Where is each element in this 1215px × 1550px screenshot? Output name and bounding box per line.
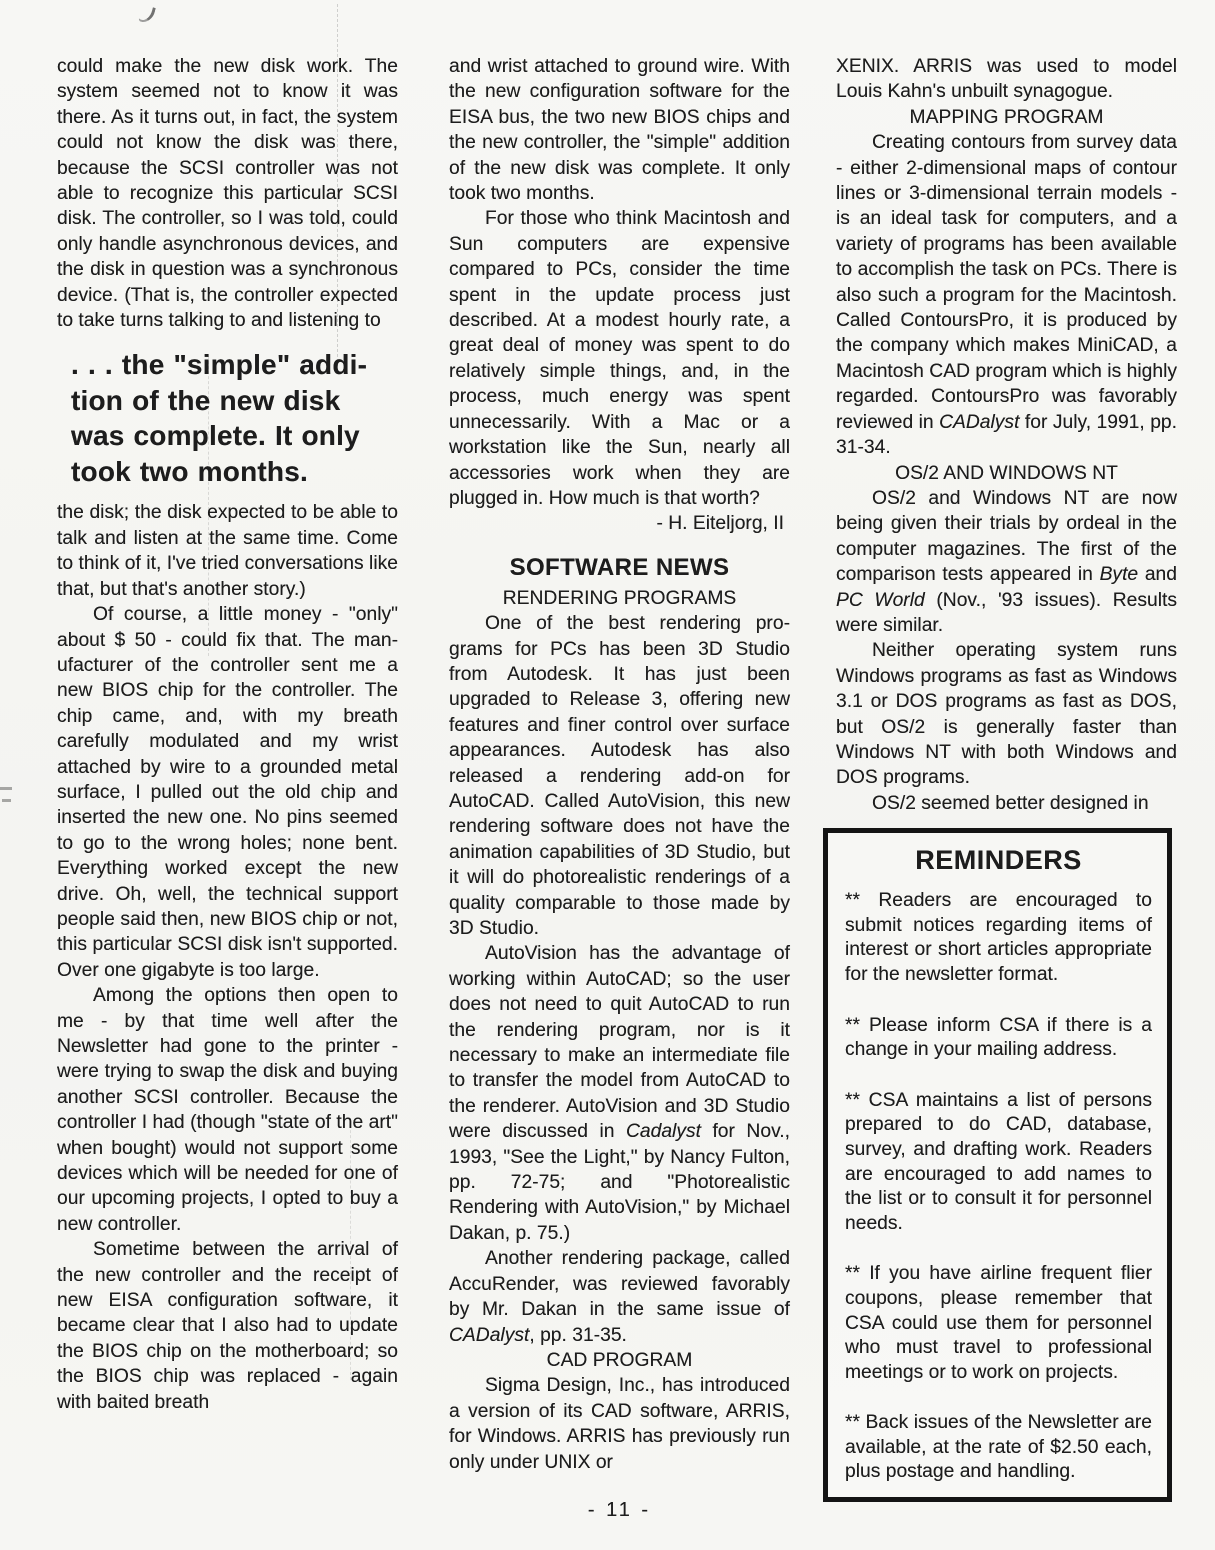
paragraph-segment: Creating contours from survey data - eit… [836, 132, 1177, 432]
page-number: - 11 - [449, 1499, 790, 1522]
paragraph: the disk; the disk expected to be able t… [57, 500, 398, 602]
paragraph: One of the best rendering pro­grams for … [449, 611, 790, 941]
paragraph: could make the new disk work. The system… [57, 54, 398, 333]
column-2: and wrist attached to ground wire. With … [449, 54, 790, 1475]
paragraph-segment: AutoVision has the advantage of working … [449, 943, 790, 1142]
paragraph: AutoVision has the advantage of working … [449, 941, 790, 1246]
paragraph: Of course, a little money - "only" about… [57, 602, 398, 983]
paragraph-segment: Another rendering package, called AccuRe… [449, 1248, 790, 1320]
subheading-os2-windows-nt: OS/2 AND WINDOWS NT [836, 461, 1177, 486]
paragraph: and wrist attached to ground wire. With … [449, 54, 790, 206]
magazine-title: PC World [836, 590, 925, 611]
paragraph: Sigma Design, Inc., has intro­duced a ve… [449, 1373, 790, 1475]
scan-artifact [0, 787, 12, 790]
magazine-title: CADalyst [939, 412, 1019, 433]
pull-quote: . . . the "simple" addi- tion of the new… [71, 347, 398, 489]
paragraph-segment: and [1138, 564, 1177, 585]
paragraph: XENIX. ARRIS was used to model Louis Kah… [836, 54, 1177, 105]
reminders-box: REMINDERS ** Readers are encouraged to s… [823, 828, 1172, 1502]
magazine-title: CADalyst [449, 1325, 529, 1346]
subheading-mapping-program: MAPPING PROGRAM [836, 105, 1177, 130]
paragraph: OS/2 and Windows NT are now being given … [836, 486, 1177, 638]
scan-artifact [2, 799, 11, 802]
reminder-item: ** Readers are encouraged to submit noti… [845, 889, 1152, 987]
reminder-item: ** CSA maintains a list of persons prepa… [845, 1089, 1152, 1237]
pull-quote-line: took two months. [71, 454, 398, 490]
magazine-title: Cadalyst [626, 1121, 701, 1142]
paragraph: Creating contours from survey data - eit… [836, 130, 1177, 460]
paragraph: For those who think Macintosh and Sun co… [449, 206, 790, 511]
reminder-item: ** Please inform CSA if there is a chang… [845, 1014, 1152, 1063]
pull-quote-line: was complete. It only [71, 418, 398, 454]
magazine-title: Byte [1100, 564, 1139, 585]
reminder-item: ** Back issues of the Newsletter are ava… [845, 1411, 1152, 1485]
paragraph: Another rendering package, called AccuRe… [449, 1246, 790, 1348]
section-heading-software-news: SOFTWARE NEWS [449, 552, 790, 583]
paragraph: Neither operating system runs Windows pr… [836, 638, 1177, 790]
author-byline: - H. Eiteljorg, II [449, 511, 790, 536]
pull-quote-line: . . . the "simple" addi- [71, 347, 398, 383]
column-3: XENIX. ARRIS was used to model Louis Kah… [836, 54, 1177, 1502]
column-1: could make the new disk work. The system… [57, 54, 398, 1415]
pull-quote-line: tion of the new disk [71, 383, 398, 419]
paragraph: Among the options then open to me - by t… [57, 983, 398, 1237]
scan-artifact [138, 5, 156, 25]
reminder-item: ** If you have airline frequent flier co… [845, 1262, 1152, 1385]
subheading-rendering-programs: RENDERING PROGRAMS [449, 586, 790, 611]
scanned-newsletter-page: could make the new disk work. The system… [0, 0, 1215, 1550]
reminders-title: REMINDERS [845, 843, 1152, 877]
paragraph: Sometime between the arrival of the new … [57, 1237, 398, 1415]
subheading-cad-program: CAD PROGRAM [449, 1348, 790, 1373]
paragraph: OS/2 seemed better designed in [836, 791, 1177, 816]
paragraph-segment: , pp. 31-35. [529, 1325, 627, 1346]
